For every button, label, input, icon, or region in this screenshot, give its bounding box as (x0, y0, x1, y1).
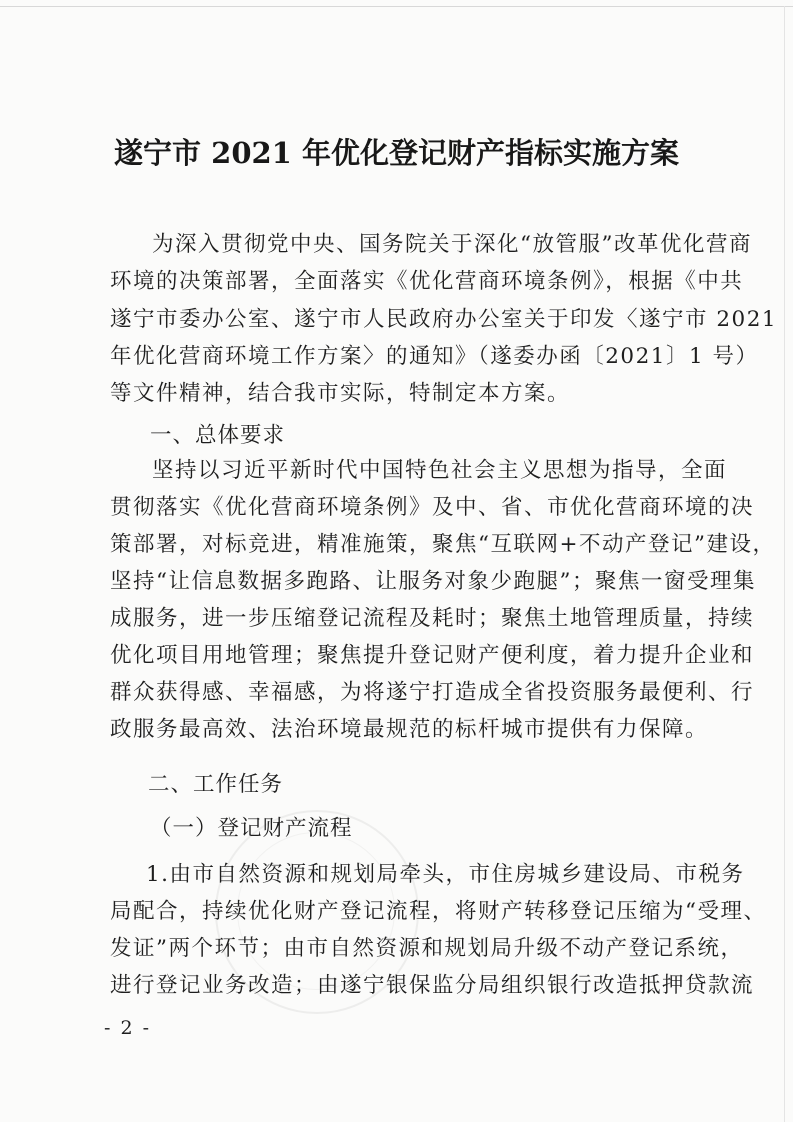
paragraph-line: 优化项目用地管理；聚焦提升登记财产便利度，着力提升企业和 (110, 642, 700, 670)
paragraph-line: 年优化营商环境工作方案〉的通知》（遂委办函〔2021〕1 号） (110, 343, 700, 371)
paragraph-line: 进行登记业务改造；由遂宁银保监分局组织银行改造抵押贷款流 (110, 972, 700, 1000)
section-heading: 一、总体要求 (150, 422, 698, 450)
paragraph-line: 遂宁市委办公室、遂宁市人民政府办公室关于印发〈遂宁市 2021 (110, 306, 700, 334)
paragraph-line: 发证”两个环节；由市自然资源和规划局升级不动产登记系统， (110, 935, 700, 963)
paragraph-line: 为深入贯彻党中央、国务院关于深化“放管服”改革优化营商 (152, 231, 700, 259)
document-title: 遂宁市 2021 年优化登记财产指标实施方案 (0, 131, 793, 172)
page-edge (784, 6, 785, 1122)
paragraph-line: 贯彻落实《优化营商环境条例》及中、省、市优化营商环境的决 (110, 494, 700, 522)
paragraph-line: 政服务最高效、法治环境最规范的标杆城市提供有力保障。 (110, 716, 700, 744)
subsection-heading: （一）登记财产流程 (150, 815, 740, 843)
paragraph-line: 策部署，对标竞进，精准施策，聚焦“互联网+不动产登记”建设， (110, 531, 700, 559)
section-heading: 二、工作任务 (148, 771, 696, 799)
paragraph-line: 坚持“让信息数据多跑路、让服务对象少跑腿”；聚焦一窗受理集 (110, 568, 700, 596)
page-number: - 2 - (104, 1017, 151, 1039)
paragraph-line: 等文件精神，结合我市实际，特制定本方案。 (110, 380, 700, 408)
paragraph-line: 群众获得感、幸福感，为将遂宁打造成全省投资服务最便利、行 (110, 679, 700, 707)
paragraph-line: 环境的决策部署，全面落实《优化营商环境条例》，根据《中共 (110, 268, 700, 296)
paragraph-line: 成服务，进一步压缩登记流程及耗时；聚焦土地管理质量，持续 (110, 605, 700, 633)
page-edge (0, 6, 793, 7)
paragraph-line: 1.由市自然资源和规划局牵头，市住房城乡建设局、市税务 (146, 861, 694, 889)
paragraph-line: 坚持以习近平新时代中国特色社会主义思想为指导，全面 (152, 457, 700, 485)
paragraph-line: 局配合，持续优化财产登记流程，将财产转移登记压缩为“受理、 (110, 898, 700, 926)
